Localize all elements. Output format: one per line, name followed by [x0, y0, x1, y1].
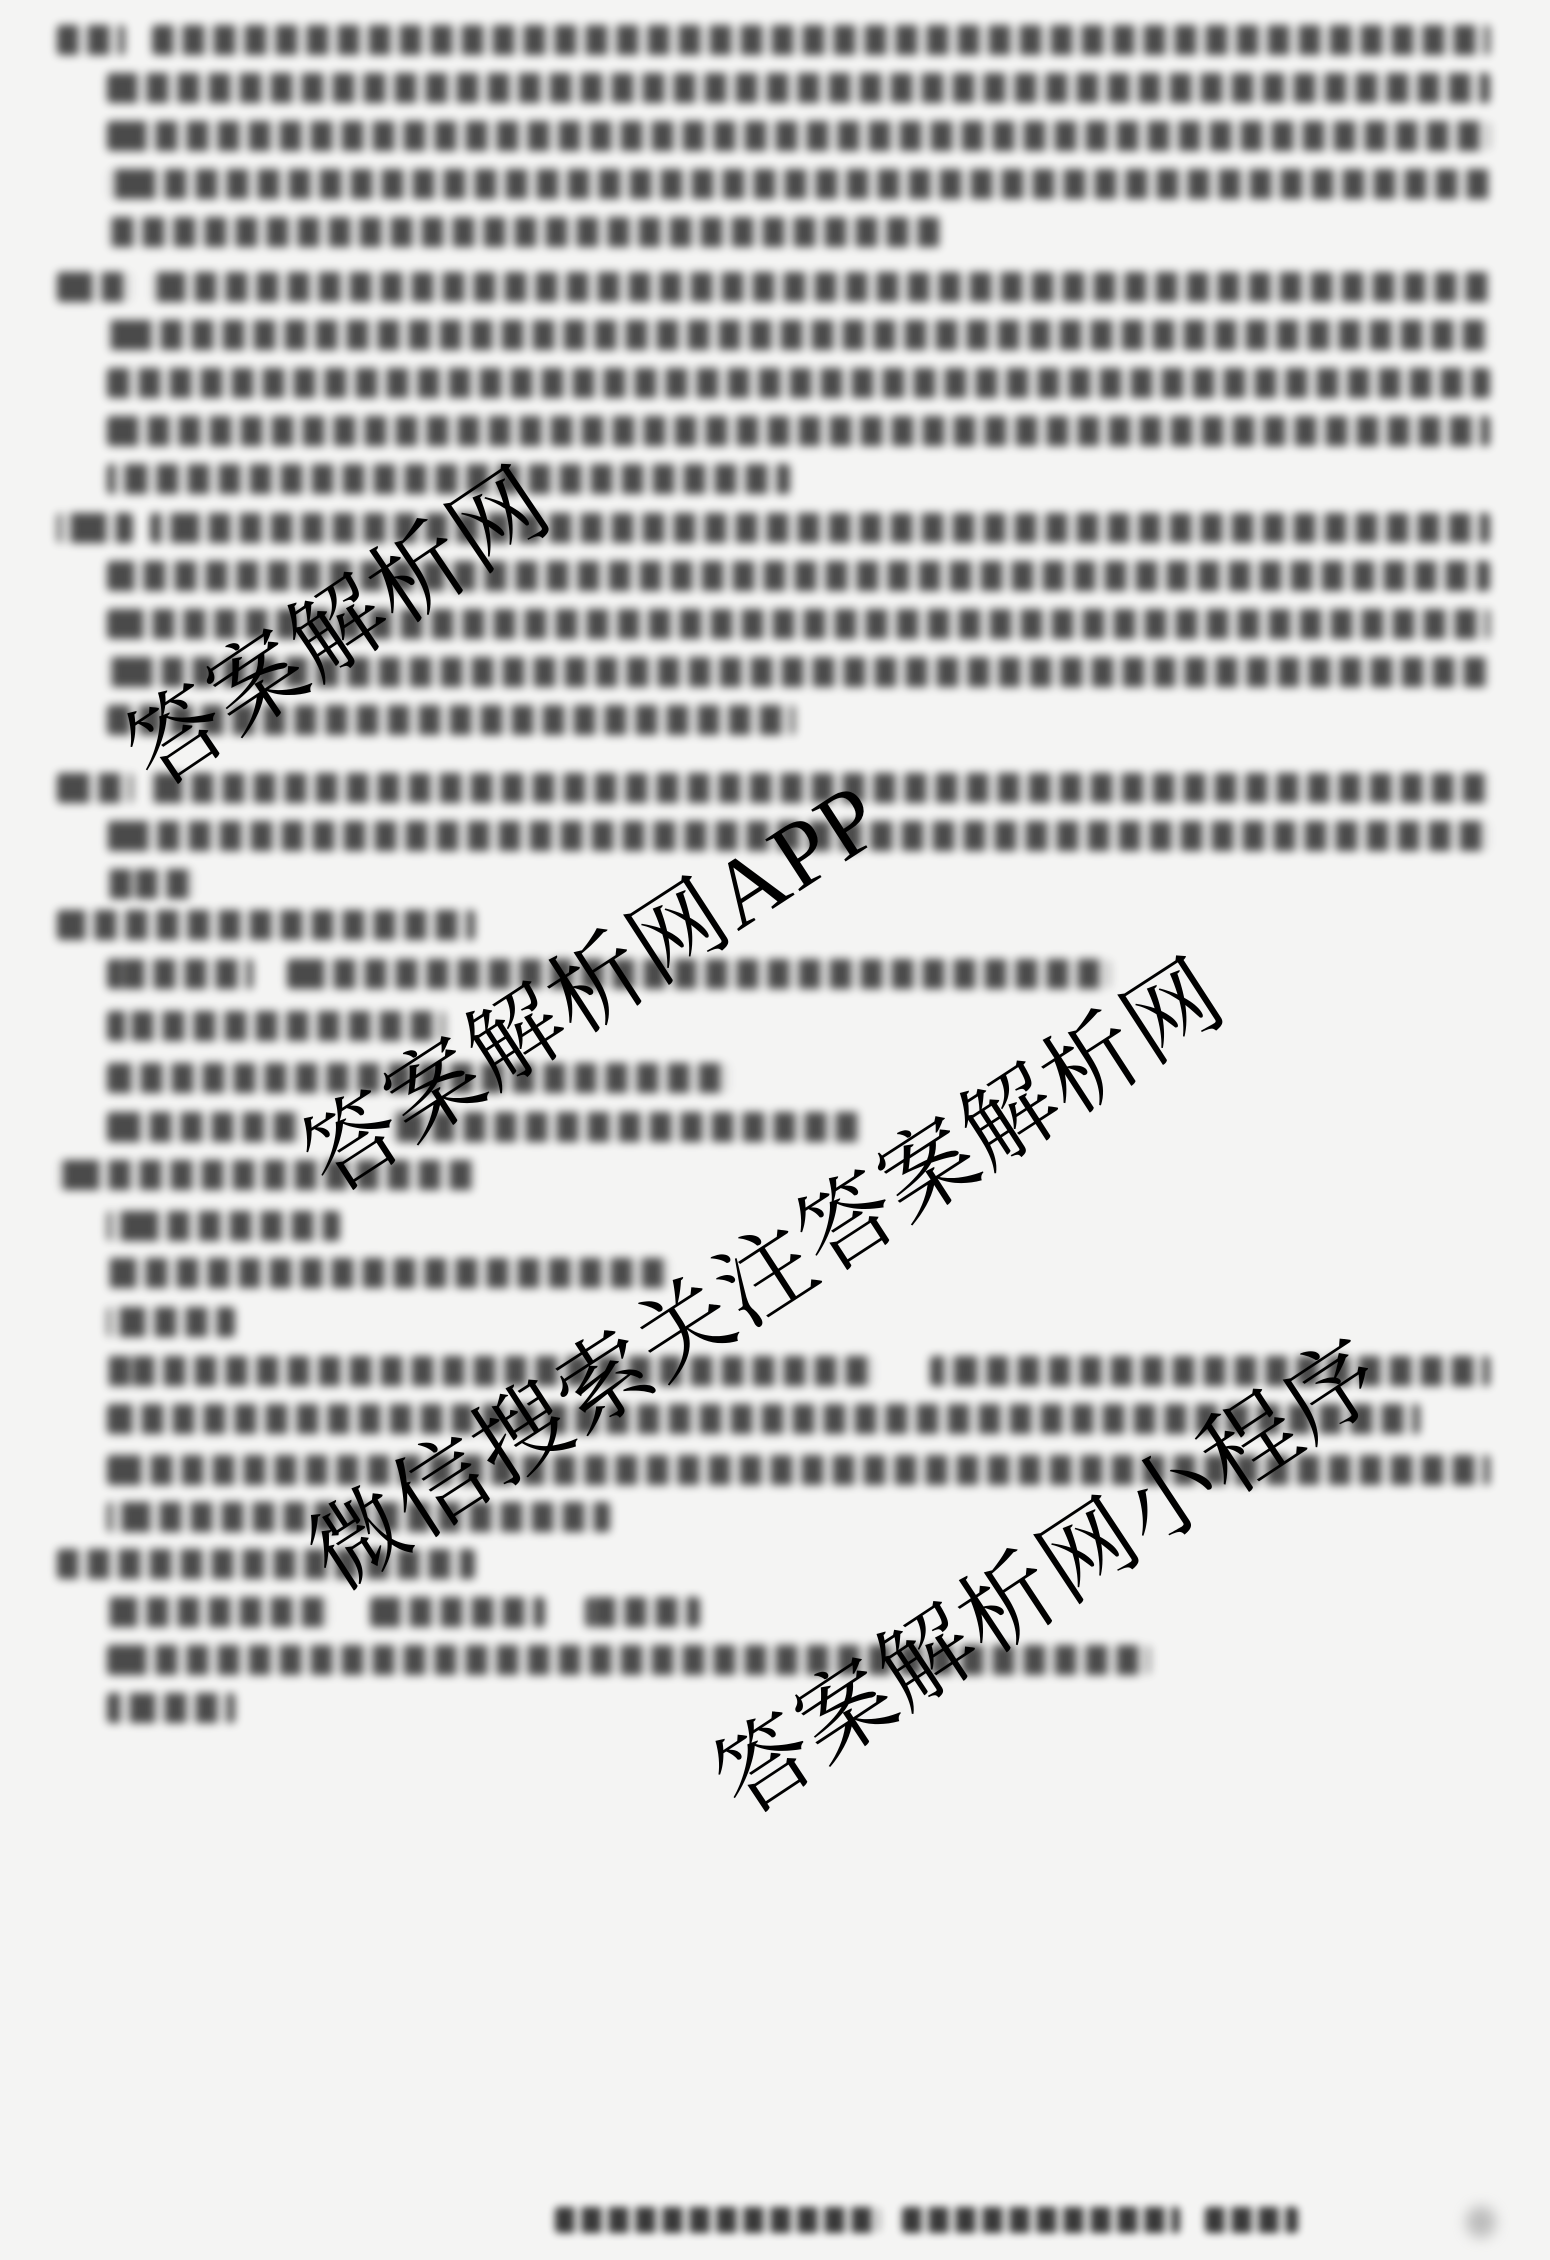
blurred-text-line — [107, 416, 1490, 446]
blurred-text-line — [107, 821, 1490, 851]
blurred-text-line — [57, 513, 133, 543]
blurred-text-line — [57, 25, 125, 55]
blurred-text-line — [107, 217, 940, 247]
blurred-text-line — [107, 1011, 445, 1041]
blurred-text-line — [57, 910, 475, 940]
blurred-text-line — [107, 869, 195, 899]
blurred-text-line — [107, 609, 1490, 639]
blurred-text-line — [57, 1549, 475, 1579]
blurred-text-line — [107, 464, 790, 494]
watermark-text-4: 答案解析网小程序 — [700, 1324, 1400, 1832]
blurred-text-line — [107, 657, 1490, 687]
blurred-text-line — [57, 272, 133, 302]
page-number-blur — [1466, 2206, 1496, 2238]
blurred-text-line — [57, 773, 133, 803]
blurred-text-line — [107, 368, 1490, 398]
blurred-text-line — [107, 1502, 610, 1532]
blurred-text-line — [107, 1597, 330, 1627]
blurred-text-line — [150, 773, 1490, 803]
blurred-text-line — [107, 1112, 305, 1142]
document-page: 答案解析网答案解析网APP微信搜索关注答案解析网答案解析网小程序 — [0, 0, 1550, 2260]
blurred-text-line — [152, 25, 1490, 55]
blurred-text-line — [107, 1356, 875, 1386]
blurred-text-line — [150, 513, 1490, 543]
blurred-text-line — [107, 1455, 1490, 1485]
blurred-text-line — [930, 1356, 1490, 1386]
blurred-text-line — [107, 73, 1490, 103]
blurred-text-line — [287, 959, 1110, 989]
blurred-text-line — [107, 121, 1490, 151]
footer-blurred-text — [555, 2207, 880, 2233]
blurred-text-line — [107, 1693, 235, 1723]
blurred-text-line — [107, 1258, 670, 1288]
blurred-text-line — [107, 561, 1490, 591]
footer-blurred-text — [902, 2207, 1180, 2233]
blurred-text-line — [107, 1063, 730, 1093]
blurred-text-line — [370, 1597, 545, 1627]
blurred-text-line — [107, 1211, 340, 1241]
blurred-text-line — [107, 1645, 1150, 1675]
footer-blurred-text — [1205, 2207, 1298, 2233]
blurred-text-line — [150, 272, 1490, 302]
blurred-text-line — [107, 959, 253, 989]
blurred-text-line — [585, 1597, 700, 1627]
blurred-text-line — [107, 1404, 1420, 1434]
blurred-text-line — [57, 1160, 475, 1190]
blurred-text-line — [107, 320, 1490, 350]
blurred-text-line — [107, 705, 795, 735]
blurred-text-line — [107, 1307, 235, 1337]
blurred-text-line — [390, 1112, 860, 1142]
blurred-text-line — [107, 169, 1490, 199]
